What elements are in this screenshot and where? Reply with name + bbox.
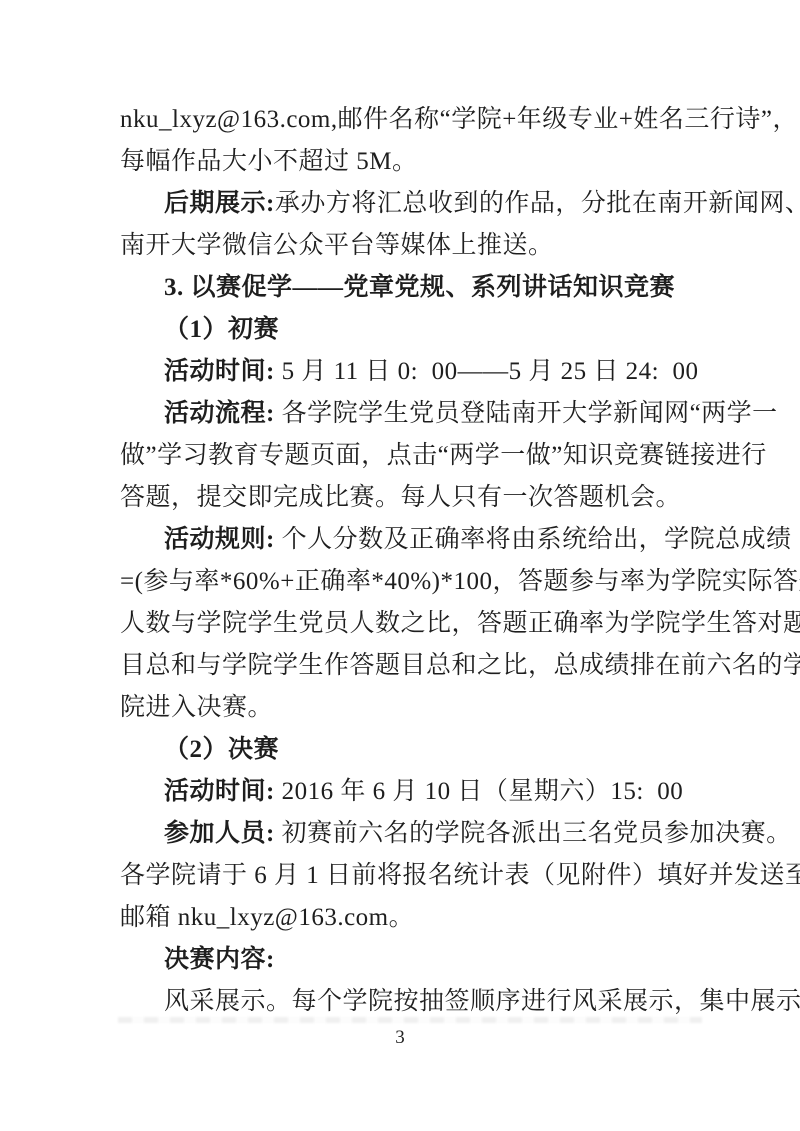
text-line-submission-email-tail: 每幅作品大小不超过 5M。 <box>120 141 702 183</box>
text-line-preliminary-process: 做”学习教育专题页面，点击“两学一做”知识竞赛链接进行 <box>120 435 702 477</box>
text-line-final-participants: 各学院请于 6 月 1 日前将报名统计表（见附件）填好并发送至 <box>120 855 702 897</box>
text-line-preliminary-process: 答题，提交即完成比赛。每人只有一次答题机会。 <box>120 477 702 519</box>
paragraph-lead-final-participants: 参加人员: <box>164 820 275 847</box>
text-line-final-content-heading: 决赛内容: <box>120 939 702 981</box>
document-body: nku_lxyz@163.com,邮件名称“学院+年级专业+姓名三行诗”，每幅作… <box>120 99 702 1023</box>
text-line-final-round-heading: （2）决赛 <box>120 729 702 771</box>
text-line-later-display: 后期展示:承办方将汇总收到的作品，分批在南开新闻网、 <box>120 183 702 225</box>
paragraph-lead-later-display: 后期展示: <box>164 190 275 217</box>
text-line-preliminary-rules: 院进入决赛。 <box>120 687 702 729</box>
text-line-preliminary-rules: =(参与率*60%+正确率*40%)*100，答题参与率为学院实际答题 <box>120 561 702 603</box>
text-line-final-time: 活动时间: 2016 年 6 月 10 日（星期六）15: 00 <box>120 771 702 813</box>
paragraph-lead-final-time: 活动时间: <box>164 778 275 805</box>
text-line-preliminary-rules: 目总和与学院学生作答题目总和之比，总成绩排在前六名的学 <box>120 645 702 687</box>
scan-artifact <box>118 1017 702 1023</box>
text-line-preliminary-round-heading: （1）初赛 <box>120 309 702 351</box>
document-page: nku_lxyz@163.com,邮件名称“学院+年级专业+姓名三行诗”，每幅作… <box>0 0 800 1131</box>
text-line-submission-email-tail: nku_lxyz@163.com,邮件名称“学院+年级专业+姓名三行诗”， <box>120 99 702 141</box>
text-line-preliminary-rules: 活动规则: 个人分数及正确率将由系统给出，学院总成绩 <box>120 519 702 561</box>
text-line-final-participants: 参加人员: 初赛前六名的学院各派出三名党员参加决赛。 <box>120 813 702 855</box>
text-line-preliminary-rules: 人数与学院学生党员人数之比，答题正确率为学院学生答对题 <box>120 603 702 645</box>
text-line-final-participants: 邮箱 nku_lxyz@163.com。 <box>120 897 702 939</box>
text-line-later-display: 南开大学微信公众平台等媒体上推送。 <box>120 225 702 267</box>
paragraph-lead-preliminary-process: 活动流程: <box>164 400 275 427</box>
paragraph-lead-preliminary-rules: 活动规则: <box>164 526 275 553</box>
text-line-section-3-heading: 3. 以赛促学——党章党规、系列讲话知识竞赛 <box>120 267 702 309</box>
text-line-preliminary-process: 活动流程: 各学院学生党员登陆南开大学新闻网“两学一 <box>120 393 702 435</box>
page-number: 3 <box>0 1026 800 1050</box>
text-line-preliminary-time: 活动时间: 5 月 11 日 0: 00——5 月 25 日 24: 00 <box>120 351 702 393</box>
paragraph-lead-preliminary-time: 活动时间: <box>164 358 275 385</box>
